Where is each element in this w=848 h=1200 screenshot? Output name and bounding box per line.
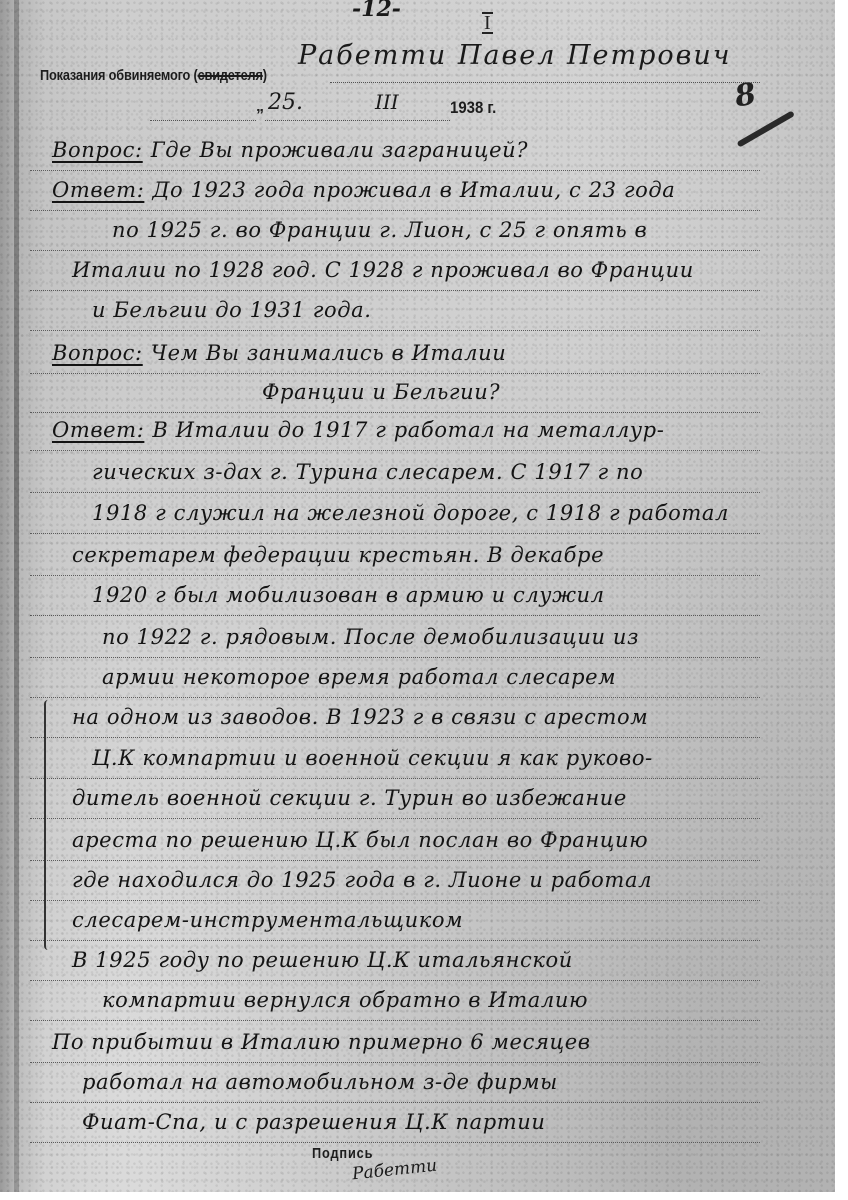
handwritten-text: Чем Вы занимались в Италии — [151, 341, 507, 365]
handwritten-line: Вопрос:Чем Вы занимались в Италии — [30, 333, 760, 374]
handwritten-text: Фиат-Спа, и с разрешения Ц.К партии — [82, 1110, 546, 1134]
signature-label: Подпись — [312, 1145, 373, 1162]
handwritten-line-content: Вопрос:Где Вы проживали заграницей? — [52, 138, 528, 162]
handwritten-line: В 1925 году по решению Ц.К итальянской — [30, 940, 760, 981]
question-label: Вопрос: — [52, 138, 143, 162]
handwritten-line-content: 1918 г служил на железной дороге, с 1918… — [92, 501, 729, 525]
handwritten-line: секретарем федерации крестьян. В декабре — [30, 535, 760, 576]
handwritten-line: гических з-дах г. Турина слесарем. С 191… — [30, 452, 760, 493]
scanned-document-page: -12- I 8 Показания обвиняемого (свидетел… — [0, 0, 835, 1192]
handwritten-line-content: и Бельгии до 1931 года. — [92, 298, 372, 322]
handwritten-line: По прибытии в Италию примерно 6 месяцев — [30, 1022, 760, 1063]
handwritten-line-content: В 1925 году по решению Ц.К итальянской — [72, 948, 573, 972]
handwritten-line-content: по 1922 г. рядовым. После демобилизации … — [102, 625, 639, 649]
handwritten-text: 1918 г служил на железной дороге, с 1918… — [92, 501, 729, 525]
handwritten-line-content: Вопрос:Чем Вы занимались в Италии — [52, 341, 506, 365]
handwritten-text: слесарем-инструментальщиком — [72, 908, 463, 932]
handwritten-text: по 1925 г. во Франции г. Лион, с 25 г оп… — [112, 218, 647, 242]
handwritten-line: на одном из заводов. В 1923 г в связи с … — [30, 697, 760, 738]
handwritten-line-content: по 1925 г. во Франции г. Лион, с 25 г оп… — [112, 218, 647, 242]
handwritten-line-content: армии некоторое время работал слесарем — [102, 665, 616, 689]
handwritten-line: по 1922 г. рядовым. После демобилизации … — [30, 617, 760, 658]
handwritten-line: Ответ:До 1923 года проживал в Италии, с … — [30, 170, 760, 211]
handwritten-line-content: на одном из заводов. В 1923 г в связи с … — [72, 705, 648, 729]
handwritten-line: 1920 г был мобилизован в армию и служил — [30, 575, 760, 616]
answer-label: Ответ: — [52, 178, 144, 202]
handwritten-text: дитель военной секции г. Турин во избежа… — [72, 786, 627, 810]
handwritten-line-content: Фиат-Спа, и с разрешения Ц.К партии — [82, 1110, 546, 1134]
handwritten-body: Вопрос:Где Вы проживали заграницей?Ответ… — [0, 0, 848, 1200]
handwritten-text: секретарем федерации крестьян. В декабре — [72, 543, 604, 567]
handwritten-line-content: Ц.К компартии и военной секции я как рук… — [92, 746, 653, 770]
handwritten-text: работал на автомобильном з-де фирмы — [82, 1070, 558, 1094]
handwritten-line-content: где находился до 1925 года в г. Лионе и … — [72, 868, 652, 892]
handwritten-line-content: 1920 г был мобилизован в армию и служил — [92, 583, 605, 607]
handwritten-line-content: слесарем-инструментальщиком — [72, 908, 463, 932]
handwritten-line: ареста по решению Ц.К был послан во Фран… — [30, 820, 760, 861]
handwritten-line-content: Ответ:В Италии до 1917 г работал на мета… — [52, 418, 664, 442]
handwritten-text: армии некоторое время работал слесарем — [102, 665, 616, 689]
handwritten-line-content: ареста по решению Ц.К был послан во Фран… — [72, 828, 648, 852]
handwritten-line: по 1925 г. во Франции г. Лион, с 25 г оп… — [30, 210, 760, 251]
handwritten-text: компартии вернулся обратно в Италию — [102, 988, 588, 1012]
answer-label: Ответ: — [52, 418, 144, 442]
handwritten-text: на одном из заводов. В 1923 г в связи с … — [72, 705, 648, 729]
handwritten-line: Ц.К компартии и военной секции я как рук… — [30, 738, 760, 779]
handwritten-line: где находился до 1925 года в г. Лионе и … — [30, 860, 760, 901]
handwritten-line-content: Ответ:До 1923 года проживал в Италии, с … — [52, 178, 675, 202]
handwritten-text: В Италии до 1917 г работал на металлур- — [152, 418, 664, 442]
handwritten-text: До 1923 года проживал в Италии, с 23 год… — [152, 178, 675, 202]
handwritten-text: и Бельгии до 1931 года. — [92, 298, 372, 322]
handwritten-text: по 1922 г. рядовым. После демобилизации … — [102, 625, 639, 649]
handwritten-line: слесарем-инструментальщиком — [30, 900, 760, 941]
handwritten-text: 1920 г был мобилизован в армию и служил — [92, 583, 605, 607]
handwritten-line: дитель военной секции г. Турин во избежа… — [30, 778, 760, 819]
handwritten-line: Италии по 1928 год. С 1928 г проживал во… — [30, 250, 760, 291]
handwritten-line: Ответ:В Италии до 1917 г работал на мета… — [30, 410, 760, 451]
handwritten-line-content: Италии по 1928 год. С 1928 г проживал во… — [72, 258, 694, 282]
handwritten-line-content: работал на автомобильном з-де фирмы — [82, 1070, 558, 1094]
handwritten-text: гических з-дах г. Турина слесарем. С 191… — [92, 460, 643, 484]
handwritten-line-content: гических з-дах г. Турина слесарем. С 191… — [92, 460, 643, 484]
handwritten-text: По прибытии в Италию примерно 6 месяцев — [52, 1030, 591, 1054]
handwritten-line: Фиат-Спа, и с разрешения Ц.К партии — [30, 1102, 760, 1143]
handwritten-line: Вопрос:Где Вы проживали заграницей? — [30, 130, 760, 171]
handwritten-line: 1918 г служил на железной дороге, с 1918… — [30, 493, 760, 534]
handwritten-text: Италии по 1928 год. С 1928 г проживал во… — [72, 258, 694, 282]
handwritten-line: армии некоторое время работал слесарем — [30, 657, 760, 698]
handwritten-text: Где Вы проживали заграницей? — [151, 138, 528, 162]
handwritten-text: ареста по решению Ц.К был послан во Фран… — [72, 828, 648, 852]
handwritten-text: где находился до 1925 года в г. Лионе и … — [72, 868, 652, 892]
handwritten-line: и Бельгии до 1931 года. — [30, 290, 760, 331]
handwritten-line-content: секретарем федерации крестьян. В декабре — [72, 543, 604, 567]
handwritten-line: Франции и Бельгии? — [30, 372, 760, 413]
handwritten-line: компартии вернулся обратно в Италию — [30, 980, 760, 1021]
handwritten-line-content: компартии вернулся обратно в Италию — [102, 988, 588, 1012]
handwritten-line: работал на автомобильном з-де фирмы — [30, 1062, 760, 1103]
question-label: Вопрос: — [52, 341, 143, 365]
handwritten-text: Франции и Бельгии? — [262, 380, 500, 404]
handwritten-text: Ц.К компартии и военной секции я как рук… — [92, 746, 653, 770]
handwritten-text: В 1925 году по решению Ц.К итальянской — [72, 948, 573, 972]
margin-bracket — [44, 700, 60, 950]
handwritten-line-content: дитель военной секции г. Турин во избежа… — [72, 786, 627, 810]
handwritten-line-content: Франции и Бельгии? — [262, 380, 500, 404]
handwritten-line-content: По прибытии в Италию примерно 6 месяцев — [52, 1030, 591, 1054]
